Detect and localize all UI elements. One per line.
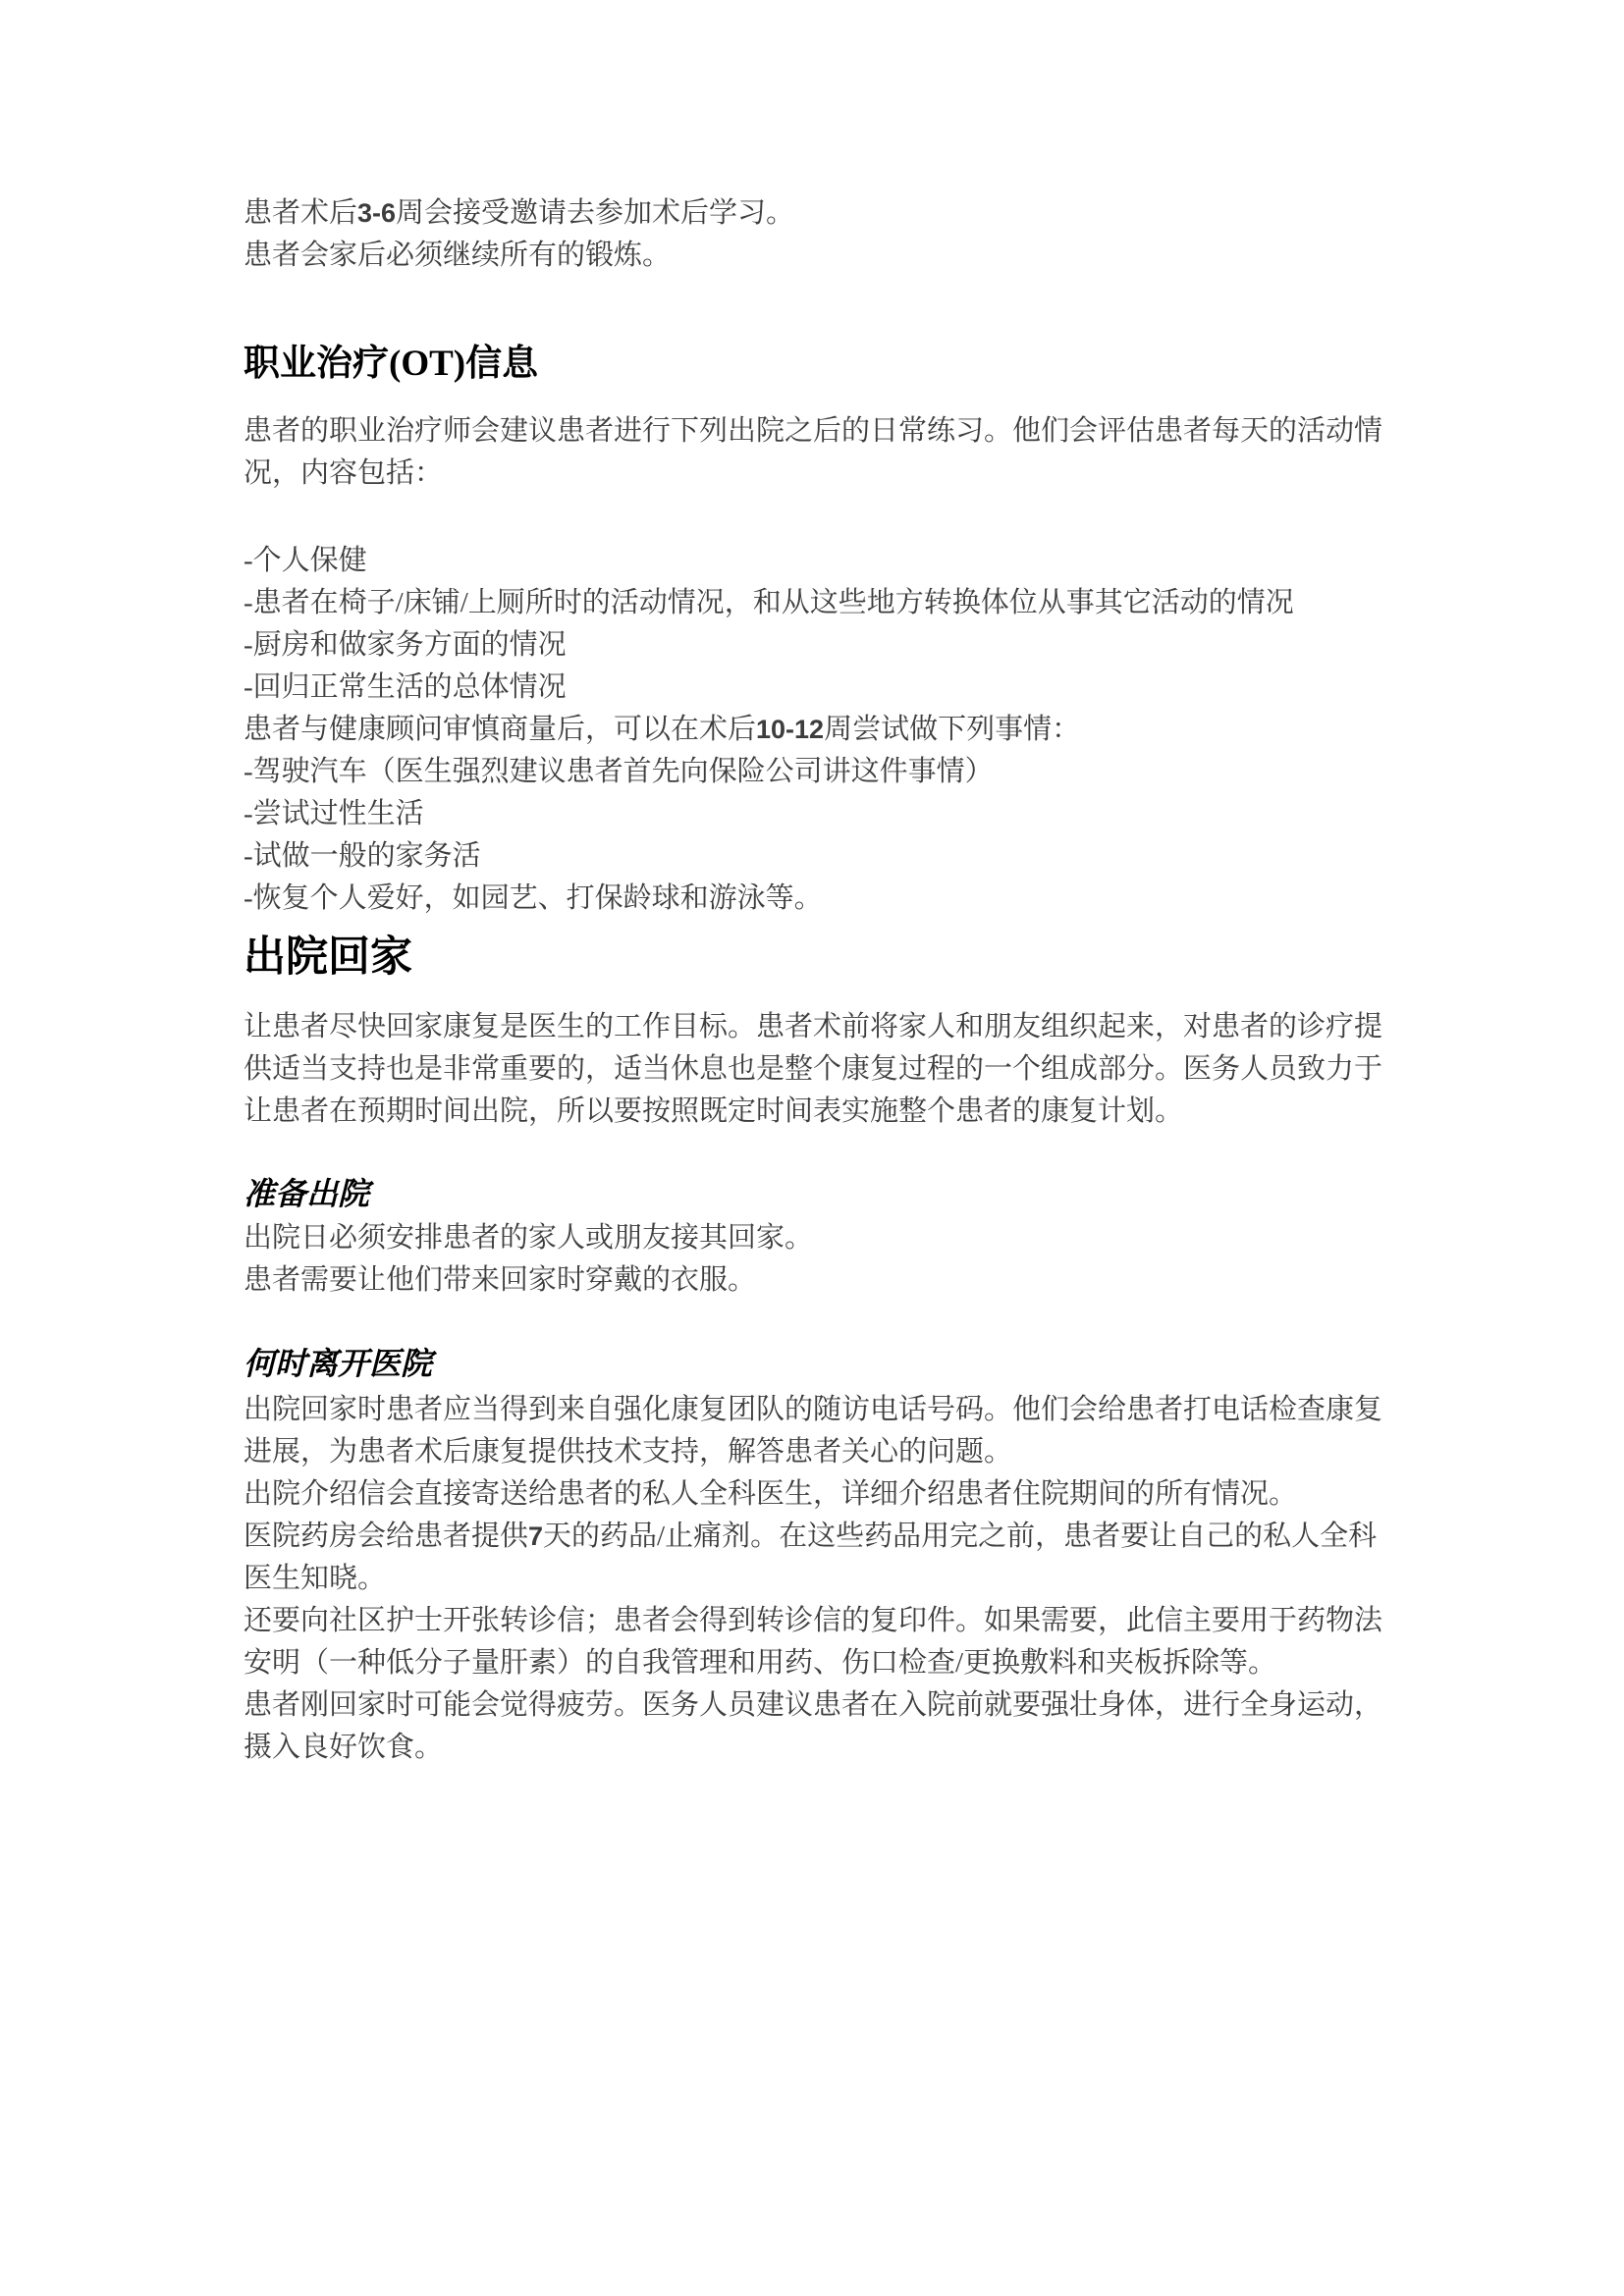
discharge-paragraph: 让患者尽快回家康复是医生的工作目标。患者术前将家人和朋友组织起来，对患者的诊疗提…	[244, 1006, 1392, 1133]
intro-paragraph: 患者术后3-6周会接受邀请去参加术后学习。 患者会家后必须继续所有的锻炼。	[244, 192, 1392, 277]
when-to-leave-line: 出院介绍信会直接寄送给患者的私人全科医生，详细介绍患者住院期间的所有情况。	[244, 1473, 1392, 1516]
discharge-paragraph-line: 让患者在预期时间出院，所以要按照既定时间表实施整个患者的康复计划。	[244, 1091, 1392, 1133]
document-content: 患者术后3-6周会接受邀请去参加术后学习。 患者会家后必须继续所有的锻炼。 职业…	[244, 0, 1392, 1769]
when-to-leave-line: 患者刚回家时可能会觉得疲劳。医务人员建议患者在入院前就要强壮身体，进行全身运动，	[244, 1684, 1392, 1727]
list-item: -厨房和做家务方面的情况	[244, 624, 1392, 667]
list-intro-line: 患者与健康顾问审慎商量后，可以在术后10-12周尝试做下列事情：	[244, 709, 1392, 751]
when-to-leave-paragraph: 出院回家时患者应当得到来自强化康复团队的随访电话号码。他们会给患者打电话检查康复…	[244, 1389, 1392, 1769]
when-to-leave-line: 安明（一种低分子量肝素）的自我管理和用药、伤口检查/更换敷料和夹板拆除等。	[244, 1642, 1392, 1684]
heading-ot-info: 职业治疗(OT)信息	[244, 343, 1392, 386]
list-item: -个人保健	[244, 540, 1392, 582]
ot-paragraph: 患者的职业治疗师会建议患者进行下列出院之后的日常练习。他们会评估患者每天的活动情…	[244, 410, 1392, 495]
list-item: -回归正常生活的总体情况	[244, 667, 1392, 709]
when-to-leave-line: 医生知晓。	[244, 1558, 1392, 1600]
list-item: -恢复个人爱好，如园艺、打保龄球和游泳等。	[244, 878, 1392, 920]
when-to-leave-line: 出院回家时患者应当得到来自强化康复团队的随访电话号码。他们会给患者打电话检查康复	[244, 1389, 1392, 1431]
heading-discharge-home: 出院回家	[244, 933, 1392, 984]
list-item: -试做一般的家务活	[244, 835, 1392, 878]
intro-line: 患者术后3-6周会接受邀请去参加术后学习。	[244, 192, 1392, 235]
ot-activity-list: -个人保健 -患者在椅子/床铺/上厕所时的活动情况，和从这些地方转换体位从事其它…	[244, 540, 1392, 920]
intro-line: 患者会家后必须继续所有的锻炼。	[244, 235, 1392, 277]
prepare-line: 患者需要让他们带来回家时穿戴的衣服。	[244, 1259, 1392, 1302]
heading-when-to-leave: 何时离开医院	[244, 1344, 1392, 1383]
ot-paragraph-line: 患者的职业治疗师会建议患者进行下列出院之后的日常练习。他们会评估患者每天的活动情	[244, 410, 1392, 453]
list-item: -尝试过性生活	[244, 793, 1392, 835]
list-item: -驾驶汽车（医生强烈建议患者首先向保险公司讲这件事情）	[244, 751, 1392, 793]
prepare-discharge-paragraph: 出院日必须安排患者的家人或朋友接其回家。 患者需要让他们带来回家时穿戴的衣服。	[244, 1217, 1392, 1302]
ot-paragraph-line: 况，内容包括：	[244, 453, 1392, 495]
discharge-paragraph-line: 供适当支持也是非常重要的，适当休息也是整个康复过程的一个组成部分。医务人员致力于	[244, 1048, 1392, 1091]
document-page: 患者术后3-6周会接受邀请去参加术后学习。 患者会家后必须继续所有的锻炼。 职业…	[0, 0, 1624, 2296]
when-to-leave-line: 医院药房会给患者提供7天的药品/止痛剂。在这些药品用完之前，患者要让自己的私人全…	[244, 1516, 1392, 1558]
when-to-leave-line: 摄入良好饮食。	[244, 1727, 1392, 1769]
list-item: -患者在椅子/床铺/上厕所时的活动情况，和从这些地方转换体位从事其它活动的情况	[244, 582, 1392, 624]
discharge-paragraph-line: 让患者尽快回家康复是医生的工作目标。患者术前将家人和朋友组织起来，对患者的诊疗提	[244, 1006, 1392, 1048]
when-to-leave-line: 还要向社区护士开张转诊信；患者会得到转诊信的复印件。如果需要，此信主要用于药物法	[244, 1600, 1392, 1642]
when-to-leave-line: 进展，为患者术后康复提供技术支持，解答患者关心的问题。	[244, 1431, 1392, 1473]
heading-prepare-discharge: 准备出院	[244, 1174, 1392, 1213]
prepare-line: 出院日必须安排患者的家人或朋友接其回家。	[244, 1217, 1392, 1259]
